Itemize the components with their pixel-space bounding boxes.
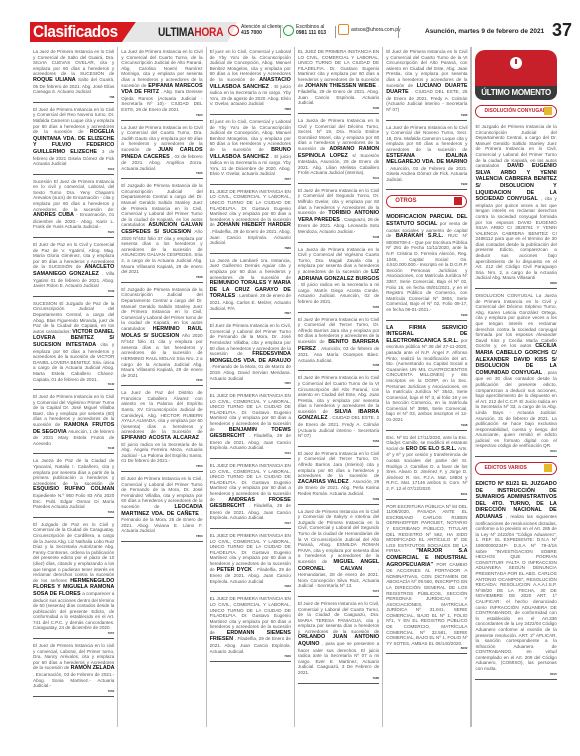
- classified-notice: El Juzgado de Paz en lo Civil y Comercia…: [33, 520, 114, 639]
- notice-pre: La Juez de Paz del Distrito de Francisco…: [121, 390, 202, 434]
- notice-code: 8001: [386, 492, 467, 496]
- classified-notice: La Jueza de Lambaré 1ra. Instancia, Juez…: [210, 256, 291, 319]
- notice-post: . Filadelfia, 29 de Enero de 2021. Abog.…: [210, 229, 291, 245]
- column-5-notices: El Juez de Primera Instancia en lo Civil…: [386, 47, 467, 190]
- notice-code: 7954: [33, 510, 114, 514]
- notice-post: . Asunción, 02 de Febrero de 2021. Gisel…: [386, 166, 467, 182]
- notice-pre: El Juzgado de Primera Instancia de la Ci…: [121, 183, 202, 227]
- edictos-notices: EDICTO Nº 81/21 EL JUZGADO DE INSTRUCCIÓ…: [475, 479, 556, 680]
- column-5: El Juez de Primera Instancia en lo Civil…: [383, 47, 471, 727]
- notice-name: ANDRES CUBA: [33, 212, 76, 218]
- notice-code: 7868: [210, 107, 291, 111]
- notice-code: 7962: [33, 689, 114, 693]
- notice-code: 7897: [210, 311, 291, 315]
- notice-code: 7911: [210, 451, 291, 455]
- notice-post: Arts. 4º y 6º y por cesión y transferenc…: [386, 446, 467, 491]
- notice-pre: Sucesión El Juez de Primera Instancia en…: [33, 179, 114, 212]
- classified-notice: La Jueza de Primera Instancia en lo Civi…: [298, 116, 379, 184]
- notice-code: 8015: [475, 672, 556, 676]
- section-tag-icon: [544, 107, 552, 115]
- notice-code: 7853: [121, 464, 202, 468]
- page-number: 37: [552, 20, 572, 41]
- classified-notice: POR ESCRITURA PÚBLICA Nº 84 DEL 11/09/20…: [386, 502, 467, 655]
- notice-name: ESTEFANA IDALINA MELGAREJO VDA. DE MARIN…: [386, 153, 467, 166]
- notice-code: 7986: [386, 113, 467, 117]
- column-4: EL JUEZ DE PRIMERA INSTANCIA EN LO CIVIL…: [295, 47, 383, 727]
- ultimo-momento-label: ÚLTIMO MOMENTO: [475, 86, 556, 100]
- notice-code: 7946: [33, 446, 114, 450]
- notice-post: , realiza las siguientes notificaciones …: [475, 514, 556, 671]
- notice-pre: El Juzgado de Primera Instancia de la Ci…: [475, 124, 556, 168]
- notice-pre: La Juez de Primera Instancia en lo Civil…: [386, 125, 467, 152]
- notice-code: 7941: [298, 176, 379, 180]
- classified-notice: El Juez de Primera Instancia en lo Civil…: [298, 186, 379, 243]
- notice-name: ROQUE ULIANA: [33, 77, 78, 83]
- notice-pre: El Juez de Primera Instancia en lo Civil…: [298, 451, 379, 478]
- classified-notice: El Juez de Primera Instancia en lo Civil…: [386, 47, 467, 121]
- notice-code: 7990: [386, 182, 467, 186]
- notice-pre: La Juez de Primera Instancia en lo Civil…: [298, 509, 379, 564]
- notice-name: ERO DE ELO S.R.L.: [406, 446, 458, 452]
- notice-pre: La Juez de Primera Instancia en lo Civil…: [33, 49, 114, 76]
- notice-pre: El Juzgado de Primera Instancia de la Ci…: [121, 287, 202, 331]
- notice-code: 7910: [33, 167, 114, 171]
- classified-notice: La Juez de Primera Instancia en lo Civil…: [298, 507, 379, 597]
- notice-code: 7923: [210, 584, 291, 588]
- notice-pre: por escritura pública Nº 38 del 27-11-20…: [386, 338, 467, 422]
- classified-notice: EL JUEZ DE PRIMERA INSTANCIA EN LO CIVIL…: [210, 391, 291, 459]
- notice-post: cita y emplaza por 60 días a herederos y…: [33, 342, 114, 382]
- disolucion-notices: El Juzgado de Primera Instancia de la Ci…: [475, 122, 556, 457]
- notice-name: RAMÓN ZELADA: [71, 665, 115, 671]
- classified-notice: EL JUEZ DE PRIMERA INSTANCIA EN LO CIVIL…: [210, 531, 291, 592]
- classified-notice: El Juez de Paz en lo Civil y Comercial d…: [33, 240, 114, 297]
- notice-code: 7958: [298, 363, 379, 367]
- newspaper-logo: ULTIMAHORA: [158, 25, 223, 39]
- ultimo-momento-banner: [475, 50, 556, 86]
- classified-notice: El juez en lo Civil, Comercial y Laboral…: [210, 47, 291, 115]
- classified-notice: EL JUEZ DE PRIMERA INSTANCIA EN LO CIVIL…: [210, 187, 291, 254]
- notice-name: EPIFANIO ACOSTA ALCARAZ: [121, 435, 201, 441]
- notice-code: 7889: [210, 246, 291, 250]
- notice-code: 7940: [33, 382, 114, 386]
- notice-code: 7974: [298, 589, 379, 593]
- classified-notice: La Juez de Paz del Distrito de Francisco…: [121, 388, 202, 472]
- divider: [398, 26, 399, 38]
- classified-notice: El Juez de Primera Instancia en lo Civil…: [298, 315, 379, 372]
- column-6: ÚLTIMO MOMENTO DISOLUCIÓN CONYUGAL El Ju…: [471, 47, 559, 727]
- notice-code: 8008: [475, 281, 556, 285]
- notice-post: Año 2020 Nº402 folio 37 cita y emplaza p…: [121, 229, 202, 274]
- classified-notice: EL JUEZ DE PRIMERA INSTANCIA EN LO CIVIL…: [210, 594, 291, 662]
- notice-code: 7963: [298, 439, 379, 443]
- classified-notice: El Juez de Primera Instancia en lo Civil…: [210, 321, 291, 389]
- notice-code: 7905: [210, 381, 291, 385]
- notice-code: 8002: [386, 646, 467, 650]
- classified-notice: El Juez de Primera Instancia en lo Civil…: [298, 599, 379, 684]
- divider: [280, 26, 281, 38]
- section-tag-icon: [454, 197, 462, 205]
- notice-pre: La Jueza de Primera Instancia en lo Civi…: [298, 247, 379, 274]
- notice-post: , para que en 30 días contados desde la …: [475, 370, 556, 449]
- otros-section-header: OTROS: [386, 195, 467, 208]
- section-tag-icon: [544, 464, 552, 472]
- classified-notice: La Juez de Primera Instancia en lo Civil…: [386, 123, 467, 191]
- clock-icon: [510, 57, 522, 69]
- notice-name: ESQUISIO RUFINO COLMAN: [33, 486, 114, 492]
- notice-post: Año 2020 Nº442 folio 41 cita y emplaza p…: [121, 333, 202, 378]
- disolucion-section-header: DISOLUCIÓN CONYUGAL: [475, 105, 556, 118]
- notice-code: 788: [33, 95, 114, 99]
- notice-name: PETER DYCK: [217, 567, 254, 573]
- notice-name: JOHANN THIESSEN WIEBE: [305, 83, 378, 89]
- classified-notice: La Juez de Primera Instancia en lo Civil…: [121, 123, 202, 180]
- section-banner: Clasificados: [30, 22, 138, 42]
- classified-notice: MODIFICACION PARCIAL DEL ESTATUTO SOCIAL…: [386, 212, 467, 320]
- notice-name: BARAKAH S.R.L.: [396, 233, 448, 239]
- notice-post: Expediente N.º 950 Folio 83 Año 2020 Esc…: [33, 493, 114, 509]
- notice-code: 7921: [33, 230, 114, 234]
- contact-phone: Atención al cliente:415 7000: [228, 24, 283, 36]
- notice-name: ZACARIAS VALDEZ: [298, 479, 350, 485]
- notice-code: 7877: [210, 177, 291, 181]
- notice-post: . El juicio radica en la secretaría a mi…: [298, 282, 379, 304]
- notice-code: 7993: [386, 313, 467, 317]
- notice-pre: El Juez de Primera Instancia en lo Civil…: [298, 601, 379, 634]
- notice-pre: El Juzgado de Paz en lo Civil y Comercia…: [33, 522, 114, 583]
- divider: [335, 26, 336, 38]
- contact-whatsapp: Escribinos al0981 111 013: [283, 24, 326, 36]
- classified-notice: El Juez de Primera Instancia en lo Civil…: [298, 449, 379, 505]
- column-2: La Juez de Primera Instancia en lo Civil…: [118, 47, 206, 727]
- otros-notices: MODIFICACION PARCIAL DEL ESTATUTO SOCIAL…: [386, 212, 467, 654]
- contact-email: avisos@uhora.com.py: [338, 24, 401, 35]
- notice-post: RUC Nº 80008708-4 - Que por Escritura Pú…: [386, 233, 467, 312]
- notice-code: 7935: [298, 106, 379, 110]
- classified-notice: Esc. Nº 81 del 17/11/2020, ante la Esc. …: [386, 433, 467, 500]
- classified-notice: El juez en lo Civil, Comercial y Laboral…: [210, 117, 291, 185]
- column-3: El juez en lo Civil, Comercial y Laboral…: [207, 47, 295, 727]
- notice-code: 7939: [33, 289, 114, 293]
- notice-post: . Encarnación, 03 de Febrero de 2021.- A…: [33, 672, 114, 688]
- edictos-section-header: EDICTOS VARIOS: [475, 462, 556, 475]
- notice-code: 7917: [210, 521, 291, 525]
- email-icon: [338, 24, 349, 35]
- classified-notice: SUCESION El Juzgado de Paz de la Circuns…: [33, 299, 114, 390]
- classified-notice: EL JUEZ DE PRIMERA INSTANCIA EN LO CIVIL…: [298, 47, 379, 114]
- classified-notice: La Juez de Primera Instancia en lo Civil…: [121, 47, 202, 121]
- notice-pre: DISOLUCION CONYUGAL La Jueza de Primera …: [475, 293, 556, 348]
- column-1: La Juez de Primera Instancia en lo Civil…: [30, 47, 118, 727]
- classifieds-columns: La Juez de Primera Instancia en lo Civil…: [30, 47, 560, 727]
- notice-code: 7952: [298, 305, 379, 309]
- notice-post: a comparecer a deducir sus acciones dent…: [33, 591, 114, 631]
- notice-title: LA FIRMA SERVICIO INTEGRAL DE ELECTROMEC…: [386, 325, 467, 344]
- notice-pre: La Jueza de Lambaré 1ra. Instancia, Juez…: [210, 258, 291, 280]
- notice-post: . Fernando de la Mora, 01 de Marzo de 20…: [210, 364, 291, 380]
- notice-name: JOHANN HIEBERT HARDER: [217, 222, 291, 228]
- classified-notice: EDICTO Nº 81/21 EL JUZGADO DE INSTRUCCIÓ…: [475, 479, 556, 680]
- notice-code: 7860: [121, 534, 202, 538]
- classified-notice: EL JUEZ DE PRIMERA INSTANCIA EN LO CIVIL…: [210, 461, 291, 529]
- notice-pre: La Jueza de Paz de la Ciudad de Ypacaraí…: [33, 458, 114, 485]
- classified-notice: Sucesión El Juez de Primera Instancia en…: [33, 177, 114, 238]
- classified-notice: La Juez de Primera Instancia en lo Civil…: [33, 47, 114, 103]
- notice-code: 7957: [33, 631, 114, 635]
- page-header: Clasificados ULTIMAHORA Atención al clie…: [30, 22, 560, 42]
- notice-post: POR CAMBIO DE ACCIONES AL PORTADOR A NOM…: [386, 562, 467, 646]
- classified-notice: La Jueza de Paz de la Ciudad de Ypacaraí…: [33, 456, 114, 517]
- classified-notice: LA FIRMA SERVICIO INTEGRAL DE ELECTROMEC…: [386, 323, 467, 431]
- dateline: Asunción, martes 9 de febrero de 2021: [425, 28, 544, 35]
- notice-code: 7838: [121, 275, 202, 279]
- notice-code: 7948: [298, 235, 379, 239]
- classified-notice: El Juzgado de Primera Instancia de la Ci…: [121, 285, 202, 387]
- classified-notice: El Juez de Primera Instancia en lo Civil…: [121, 474, 202, 542]
- notice-code: 7969: [298, 497, 379, 501]
- phone-icon: [228, 25, 239, 36]
- classified-notice: El Juez de Primera Instancia en lo civil…: [33, 641, 114, 697]
- classified-notice: El Juzgado de Primera Instancia de la Ci…: [475, 122, 556, 289]
- whatsapp-icon: [283, 25, 294, 36]
- notice-code: 7845: [121, 378, 202, 382]
- notice-code: 7980: [298, 676, 379, 680]
- classified-notice: La Jueza de Primera Instancia en lo Civi…: [298, 245, 379, 313]
- notice-pre: POR ESCRITURA PÚBLICA Nº 84 DEL 11/09/20…: [386, 504, 467, 554]
- notice-code: 7998: [386, 423, 467, 427]
- classified-notice: El Juzgado de Primera Instancia de la Ci…: [121, 181, 202, 283]
- notice-code: 8011: [475, 449, 556, 453]
- classified-notice: El Juez de Primera Instancia en lo Civil…: [33, 392, 114, 454]
- classified-notice: El Juez de Primera Instancia en lo Civil…: [298, 373, 379, 447]
- classified-notice: El Juez de Primera Instancia en lo Civil…: [33, 105, 114, 175]
- notice-code: 7820: [121, 113, 202, 117]
- notice-post: , cita y emplaza por quince veces a los …: [475, 196, 556, 280]
- notice-code: 7826: [121, 171, 202, 175]
- classified-notice: DISOLUCION CONYUGAL La Jueza de Primera …: [475, 291, 556, 457]
- section-title: Clasificados: [33, 22, 118, 42]
- notice-code: 7929: [210, 654, 291, 658]
